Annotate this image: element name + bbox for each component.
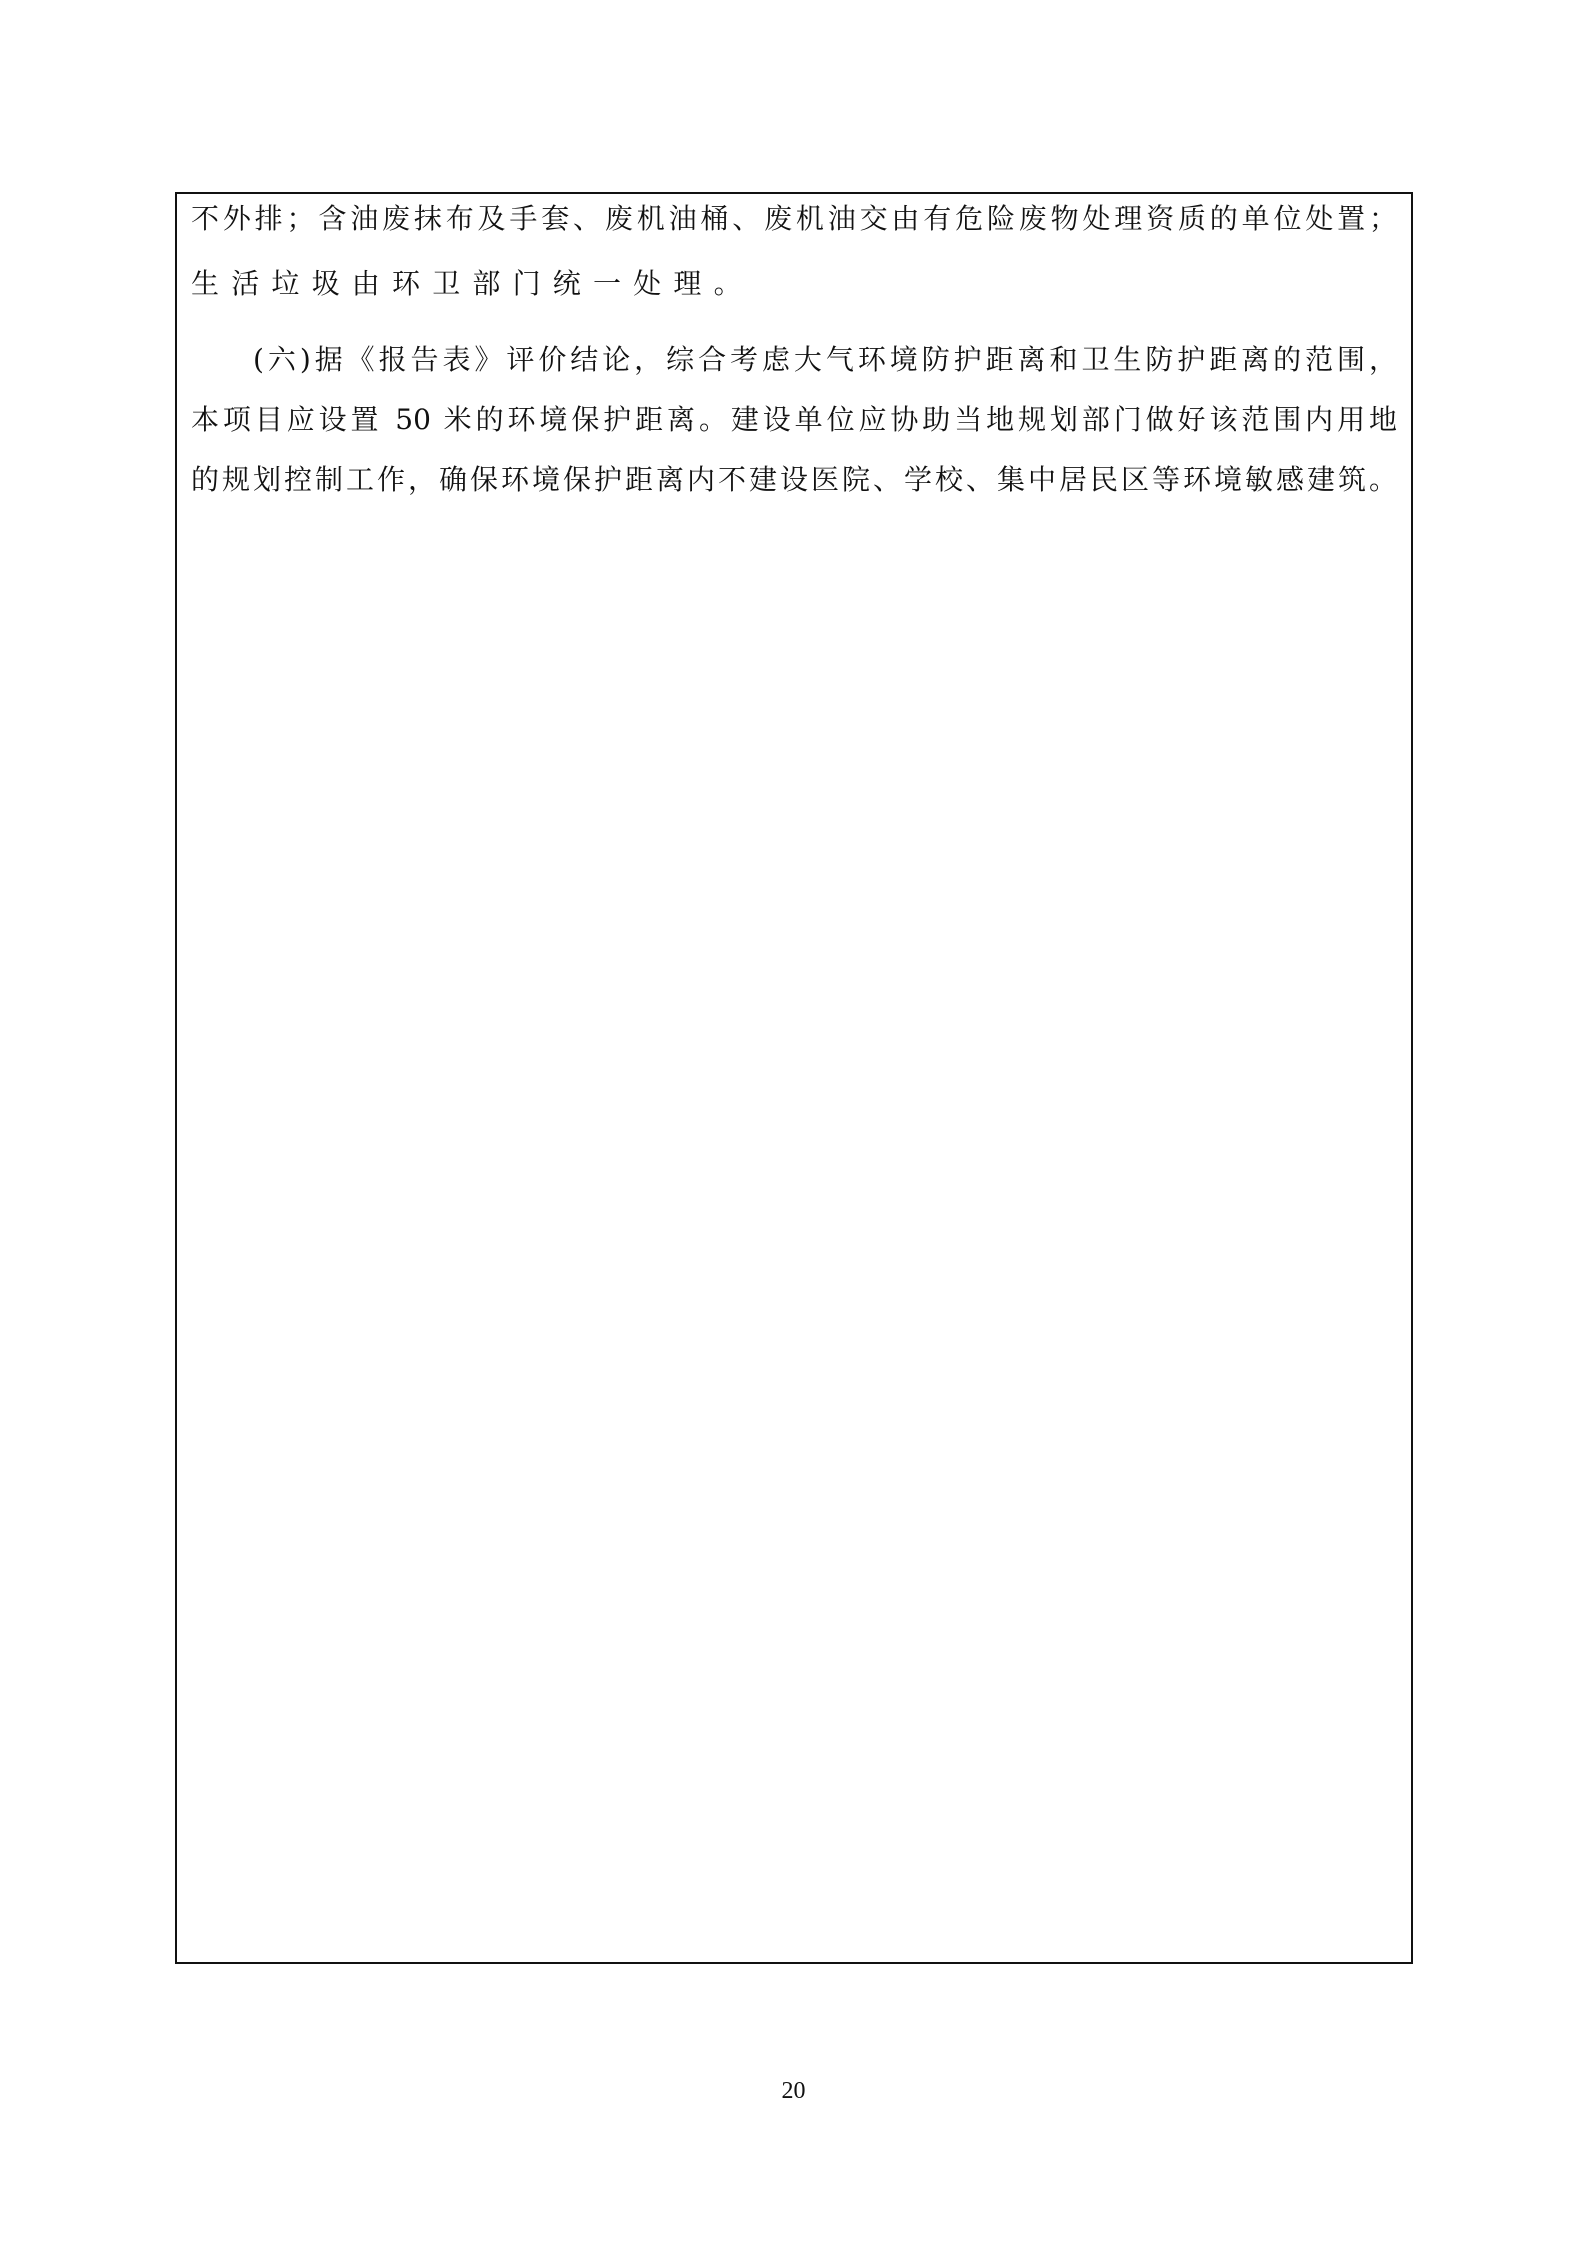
page-number: 20 [0,2078,1587,2105]
paragraph-first-line: (六)据《报告表》评价结论，综合考虑大气环境防护距离和卫生防护距离的范围， [253,340,1397,380]
text-line: 不外排；含油废抹布及手套、废机油桶、废机油交由有危险废物处理资质的单位处置； [191,199,1397,239]
text-line: 生活垃圾由环卫部门统一处理。 [191,264,1397,304]
text-line: 的规划控制工作，确保环境保护距离内不建设医院、学校、集中居民区等环境敏感建筑。 [191,460,1397,500]
text-line: 本项目应设置 50 米的环境保护距离。建设单位应协助当地规划部门做好该范围内用地 [191,400,1397,440]
content-table-cell: 不外排；含油废抹布及手套、废机油桶、废机油交由有危险废物处理资质的单位处置； 生… [175,192,1413,1964]
